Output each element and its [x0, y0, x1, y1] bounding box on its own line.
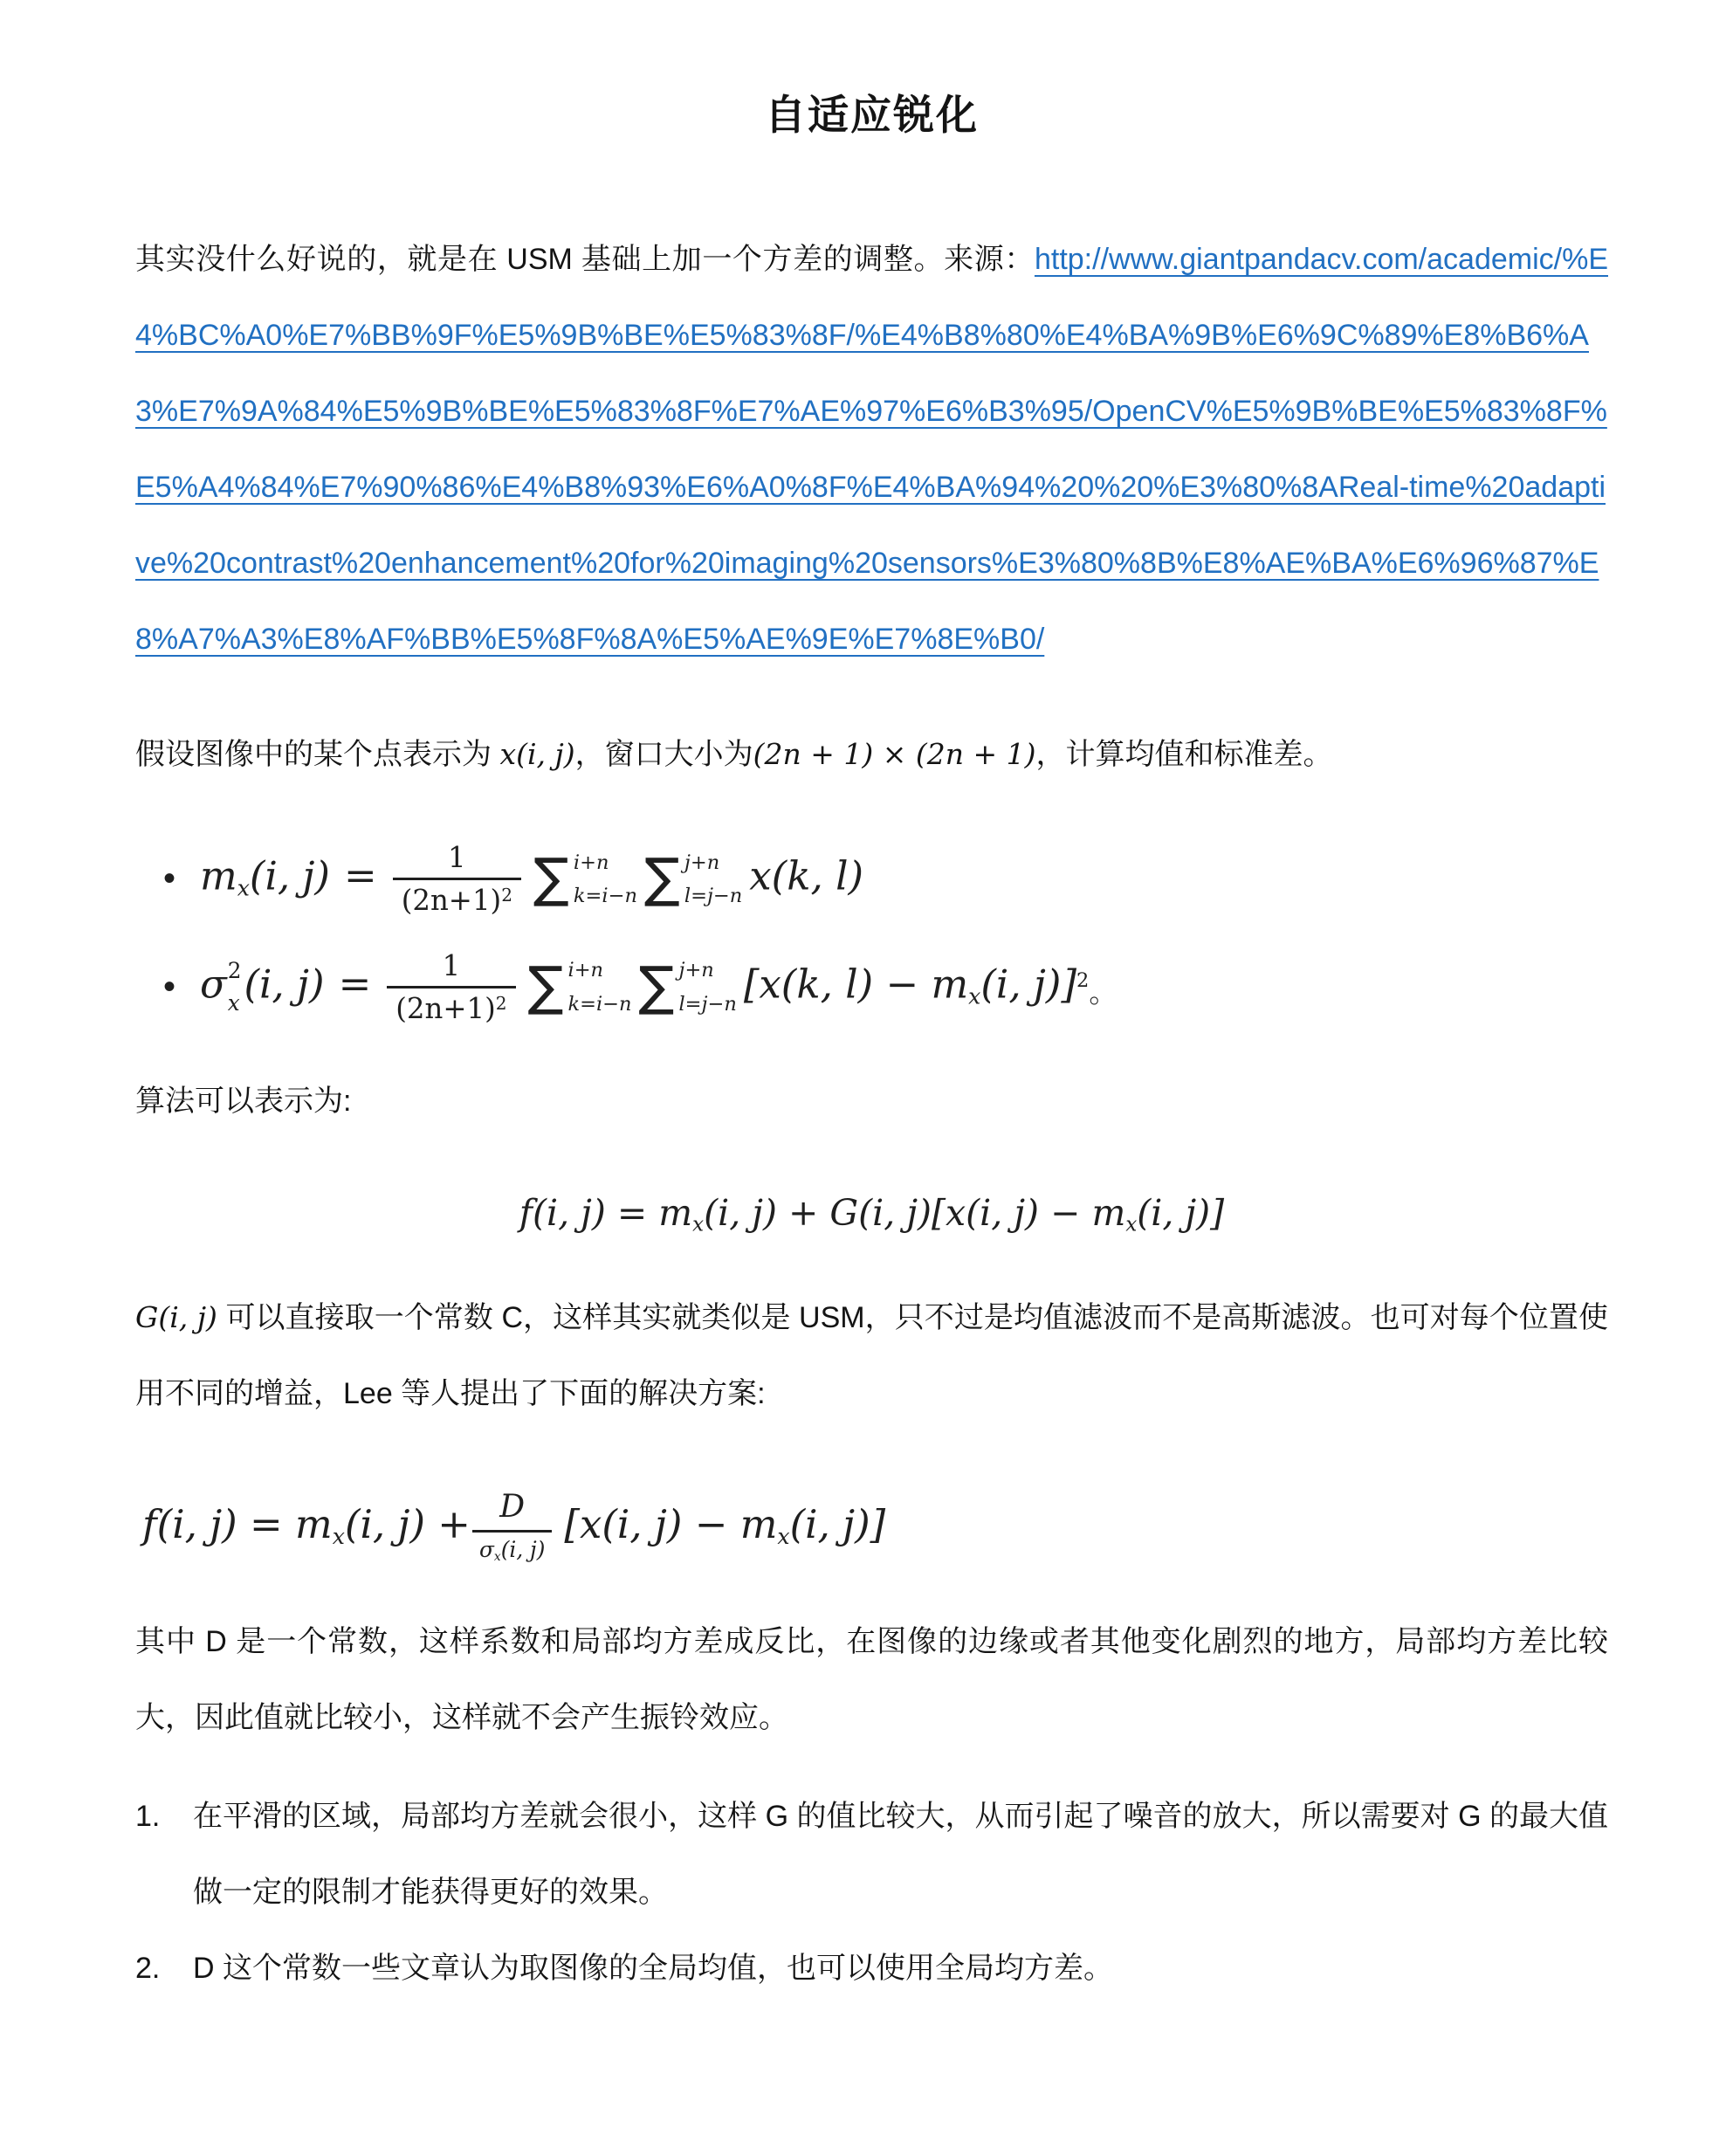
math-token: f(i, j) = m: [519, 1192, 692, 1234]
sum-lower: k=i−n: [574, 886, 637, 906]
math-exponent: 2: [1076, 969, 1089, 992]
sum-symbol: ∑: [639, 962, 675, 1013]
math-token: [x(k, l) − m: [744, 961, 968, 1007]
math-subscript: x: [228, 993, 242, 1015]
math-exponent: 2: [501, 885, 512, 906]
math-subscript: x: [692, 1213, 704, 1236]
math-subscript: x: [494, 1550, 501, 1564]
math-sum: ∑i+nk=i−n: [533, 852, 637, 907]
math-token: (i, j) + G(i, j)[x(i, j) − m: [704, 1192, 1125, 1234]
math-subscript: x: [237, 876, 250, 901]
list-item-1: 1. 在平滑的区域，局部均方差就会很小，这样 G 的值比较大，从而引起了噪音的放…: [135, 1779, 1608, 1931]
inline-math-point: x(i, j): [499, 737, 574, 771]
sum-upper: j+n: [678, 961, 736, 981]
math-subscript: x: [968, 983, 980, 1009]
math-token: (i, j) +: [345, 1501, 471, 1547]
math-equals: =: [344, 852, 377, 899]
math-fraction: 1(2n+1)2: [387, 952, 515, 1023]
math-subscript: x: [333, 1524, 345, 1549]
intro-text: 其实没什么好说的，就是在 USM 基础上加一个方差的调整。来源：: [135, 243, 1035, 276]
math-token: f(i, j) = m: [142, 1501, 333, 1547]
sum-symbol: ∑: [528, 962, 564, 1013]
math-token: [x(i, j) − m: [564, 1501, 777, 1547]
math-numerator: D: [472, 1491, 552, 1530]
formula-lee: f(i, j) = mx(i, j) +Dσx(i, j)[x(i, j) − …: [142, 1491, 1608, 1564]
math-subscript: x: [777, 1524, 789, 1549]
explanation-paragraph: 其中 D 是一个常数，这样系数和局部均方差成反比，在图像的边缘或者其他变化剧烈的…: [135, 1604, 1608, 1756]
math-token: σ: [479, 1537, 494, 1562]
math-token: (2n+1): [402, 884, 502, 917]
math-token: (i, j): [250, 852, 330, 899]
sum-lower: k=i−n: [568, 995, 632, 1015]
sum-limits: j+nl=j−n: [684, 852, 742, 907]
list-text: 在平滑的区域，局部均方差就会很小，这样 G 的值比较大，从而引起了噪音的放大，所…: [193, 1779, 1608, 1931]
sum-upper: i+n: [574, 853, 637, 873]
formula-list: • mx(i, j)=1(2n+1)2∑i+nk=i−n∑j+nl=j−nx(k…: [135, 844, 1608, 1023]
math-subscript: x: [1125, 1213, 1137, 1236]
math-token: σ: [200, 961, 227, 1007]
math-sum: ∑j+nl=j−n: [639, 960, 737, 1015]
gain-paragraph: G(i, j) 可以直接取一个常数 C，这样其实就类似是 USM，只不过是均值滤…: [135, 1279, 1608, 1432]
math-denominator: σx(i, j): [472, 1530, 552, 1564]
list-item-2: 2. D 这个常数一些文章认为取图像的全局均值，也可以使用全局均方差。: [135, 1931, 1608, 2007]
algorithm-label: 算法可以表示为:: [135, 1064, 1608, 1140]
sum-upper: j+n: [684, 853, 742, 873]
list-number: 1.: [135, 1779, 193, 1931]
math-exponent: 2: [228, 961, 242, 982]
inline-math-window: (2n + 1) × (2n + 1): [753, 737, 1036, 771]
math-denominator: (2n+1)2: [387, 986, 515, 1023]
formula-variance: σ2x(i, j)=1(2n+1)2∑i+nk=i−n∑j+nl=j−n[x(k…: [200, 952, 1118, 1023]
math-token: (i, j)]: [1137, 1192, 1224, 1234]
math-token: (i, j)]: [980, 961, 1076, 1007]
bullet-icon: •: [163, 968, 175, 1007]
hypothesis-text-pre: 假设图像中的某个点表示为: [135, 738, 499, 771]
list-number: 2.: [135, 1931, 193, 2007]
math-token: (2n+1): [395, 992, 496, 1025]
hypothesis-text-mid: ，窗口大小为: [575, 738, 753, 771]
hypothesis-paragraph: 假设图像中的某个点表示为 x(i, j)，窗口大小为(2n + 1) × (2n…: [135, 716, 1608, 793]
sum-limits: i+nk=i−n: [574, 852, 637, 907]
math-sum: ∑j+nl=j−n: [644, 852, 742, 907]
source-link[interactable]: http://www.giantpandacv.com/academic/%E4…: [135, 243, 1608, 656]
sum-limits: i+nk=i−n: [568, 960, 632, 1015]
math-equals: =: [339, 961, 372, 1007]
math-fraction: 1(2n+1)2: [393, 844, 521, 915]
hypothesis-text-post: ，计算均值和标准差。: [1035, 738, 1332, 771]
formula-mean-row: • mx(i, j)=1(2n+1)2∑i+nk=i−n∑j+nl=j−nx(k…: [163, 844, 1608, 915]
sum-upper: i+n: [568, 961, 632, 981]
math-token: (i, j): [501, 1537, 546, 1562]
sum-symbol: ∑: [533, 854, 569, 905]
math-token: m: [200, 852, 237, 899]
math-sum: ∑i+nk=i−n: [528, 960, 632, 1015]
page-title: 自适应锐化: [135, 92, 1608, 139]
formula-algorithm: f(i, j) = mx(i, j) + G(i, j)[x(i, j) − m…: [135, 1192, 1608, 1236]
math-fraction: Dσx(i, j): [472, 1491, 552, 1564]
math-numerator: 1: [393, 844, 521, 878]
numbered-list: 1. 在平滑的区域，局部均方差就会很小，这样 G 的值比较大，从而引起了噪音的放…: [135, 1779, 1608, 2007]
formula-mean: mx(i, j)=1(2n+1)2∑i+nk=i−n∑j+nl=j−nx(k, …: [200, 844, 863, 915]
inline-math-gain: G(i, j): [135, 1300, 217, 1334]
math-supsub: 2x: [228, 961, 242, 1015]
document-page: 自适应锐化 其实没什么好说的，就是在 USM 基础上加一个方差的调整。来源：ht…: [0, 0, 1733, 2156]
math-token: x(k, l): [749, 852, 863, 899]
sum-lower: l=j−n: [678, 995, 736, 1015]
formula-variance-row: • σ2x(i, j)=1(2n+1)2∑i+nk=i−n∑j+nl=j−n[x…: [163, 952, 1608, 1023]
sum-limits: j+nl=j−n: [678, 960, 736, 1015]
bullet-icon: •: [163, 859, 175, 899]
sum-symbol: ∑: [644, 854, 680, 905]
intro-paragraph: 其实没什么好说的，就是在 USM 基础上加一个方差的调整。来源：http://w…: [135, 222, 1608, 678]
math-token: (i, j): [244, 961, 324, 1007]
gain-text: 可以直接取一个常数 C，这样其实就类似是 USM，只不过是均值滤波而不是高斯滤波…: [135, 1301, 1608, 1410]
math-exponent: 2: [496, 993, 507, 1014]
list-text: D 这个常数一些文章认为取图像的全局均值，也可以使用全局均方差。: [193, 1931, 1608, 2007]
math-token: (i, j)]: [790, 1501, 886, 1547]
math-period: 。: [1089, 976, 1117, 1008]
math-numerator: 1: [387, 952, 515, 986]
sum-lower: l=j−n: [684, 886, 742, 906]
math-denominator: (2n+1)2: [393, 878, 521, 914]
